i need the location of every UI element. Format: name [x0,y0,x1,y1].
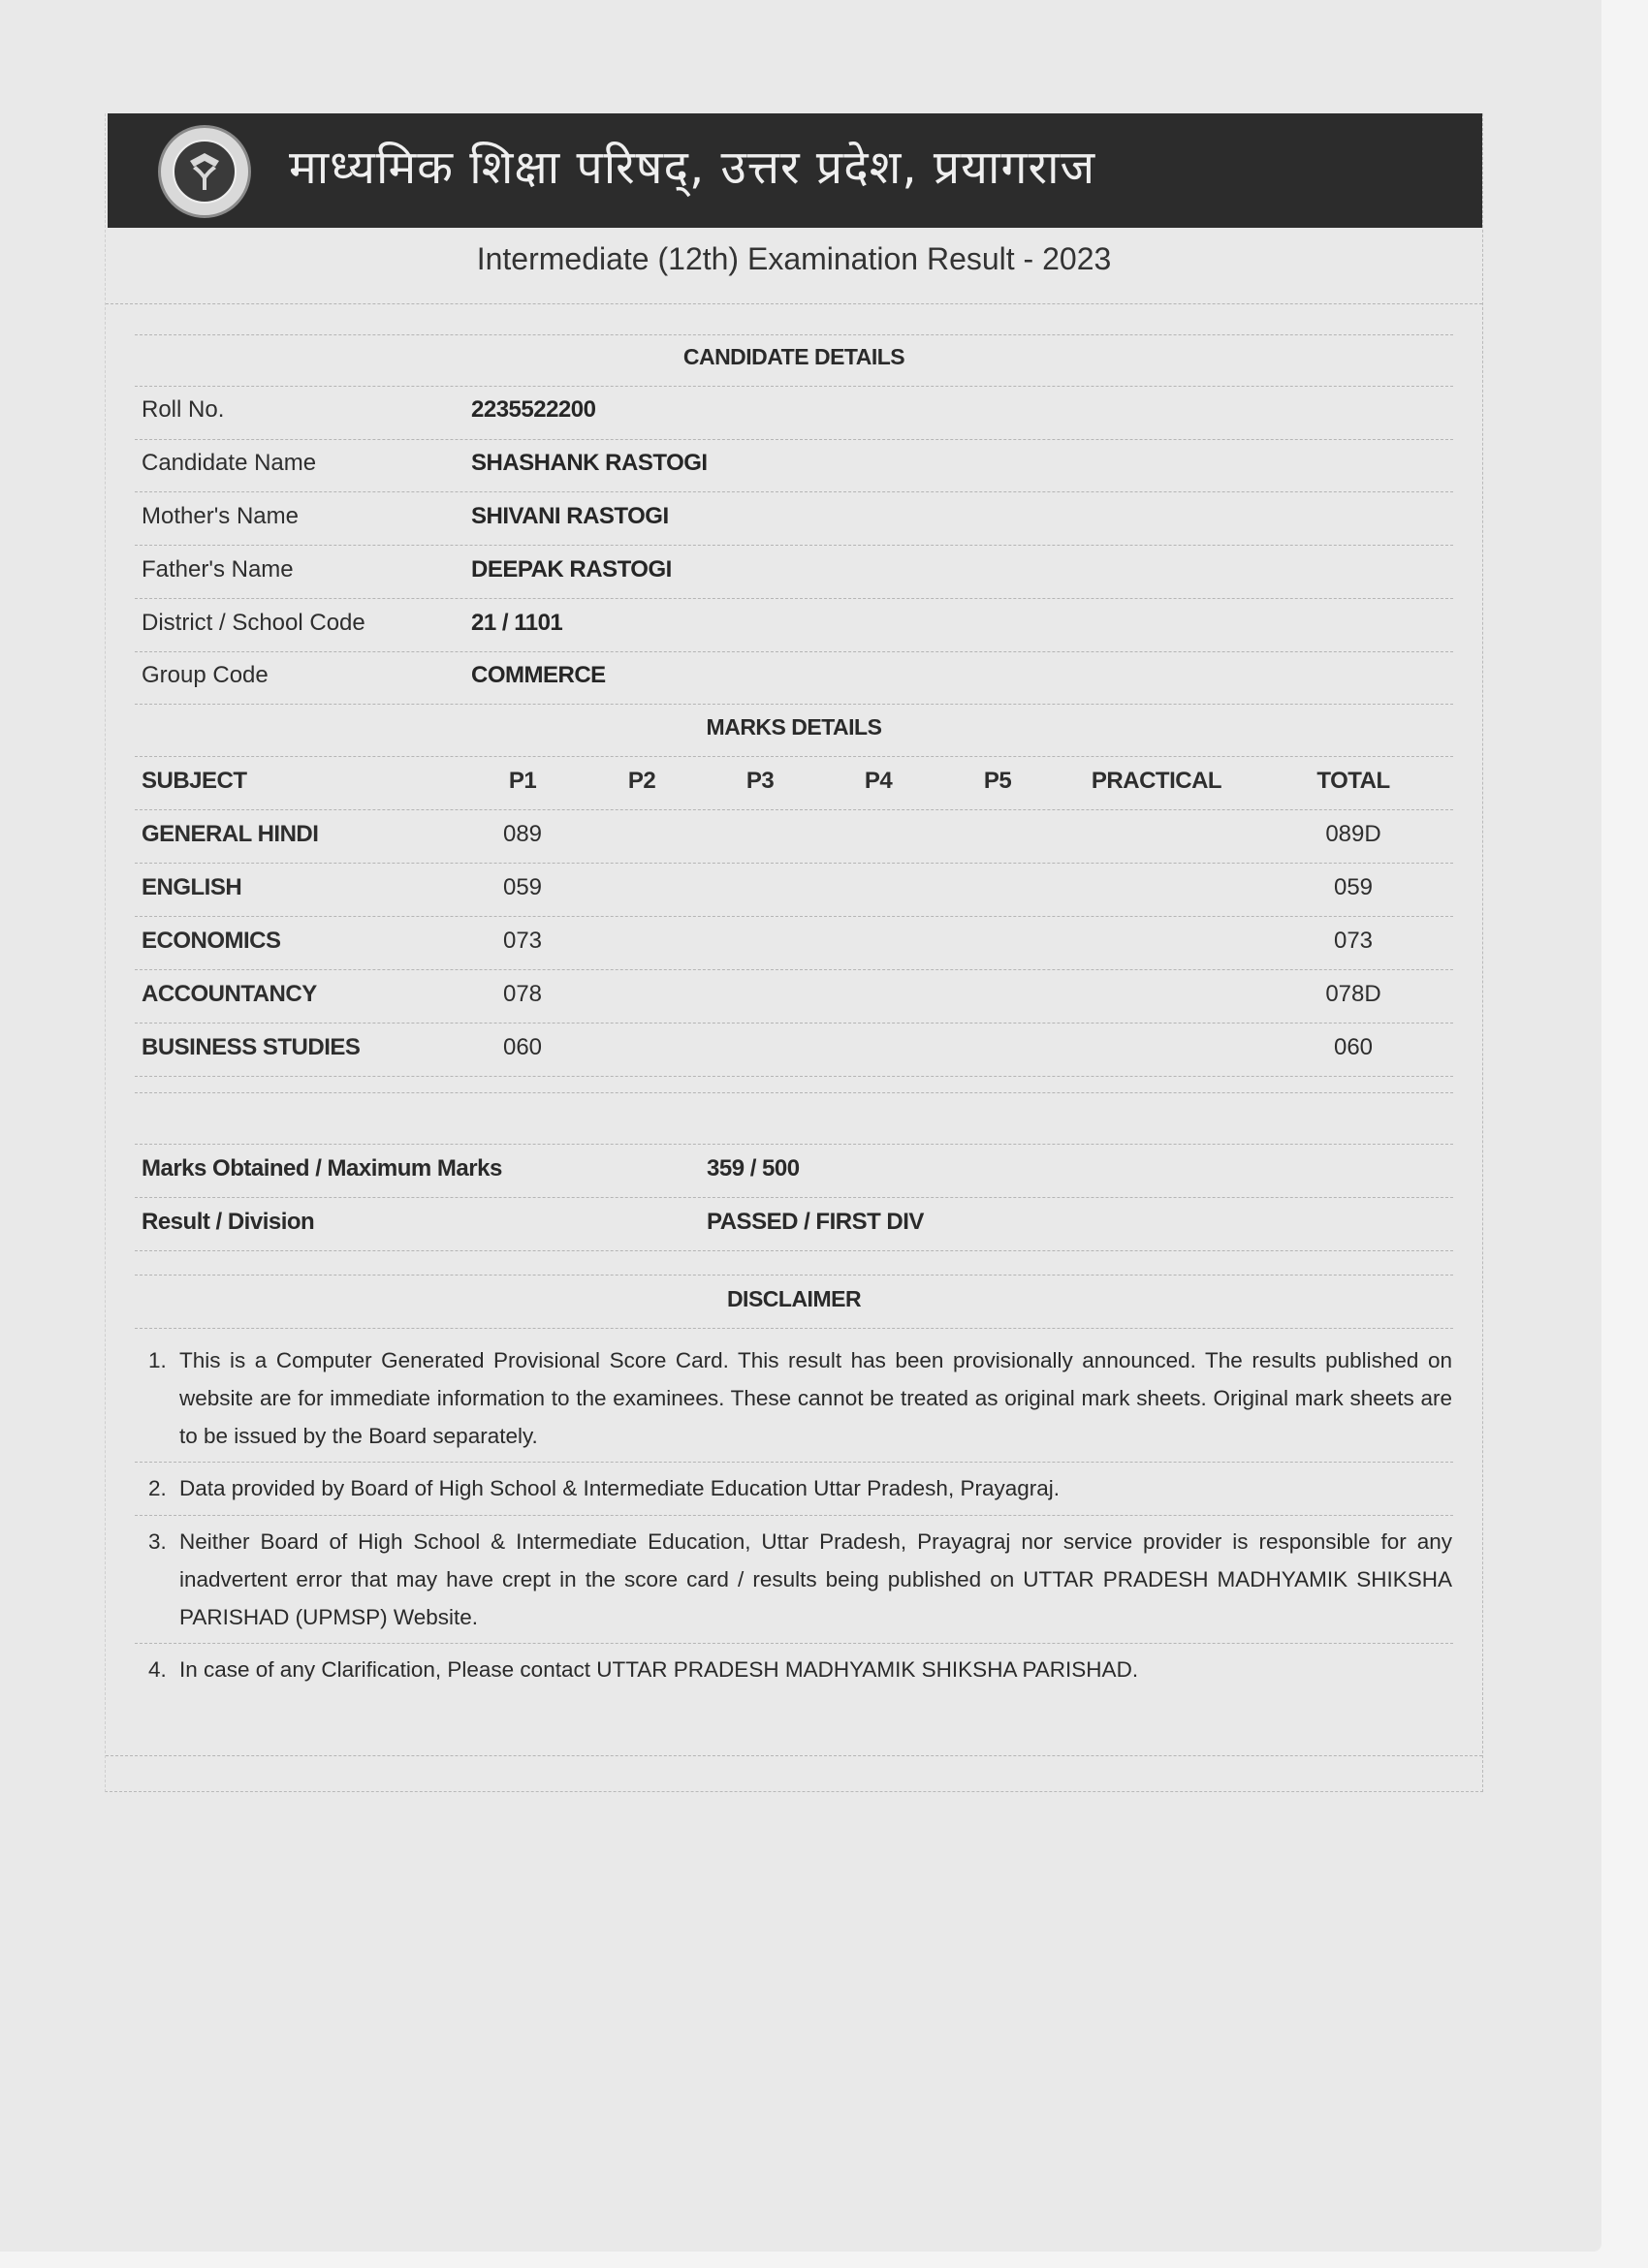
roll-no-value: 2235522200 [471,396,595,424]
mother-name-label: Mother's Name [142,503,299,530]
exam-title: Intermediate (12th) Examination Result -… [106,241,1482,277]
result-card: माध्यमिक शिक्षा परिषद्, उत्तर प्रदेश, प्… [105,113,1483,1792]
group-code-label: Group Code [142,662,269,689]
disclaimer-item: 3. Neither Board of High School & Interm… [148,1523,1452,1636]
divider [135,809,1453,810]
col-subject: SUBJECT [142,768,247,795]
subject-name: ENGLISH [142,874,241,901]
roll-no-label: Roll No. [142,396,224,424]
col-practical: PRACTICAL [1092,768,1221,795]
marks-obtained-label: Marks Obtained / Maximum Marks [142,1155,502,1182]
divider [135,1144,1453,1145]
result-division-label: Result / Division [142,1209,314,1236]
disclaimer-number: 2. [148,1469,167,1507]
group-code-value: COMMERCE [471,662,606,689]
subject-name: GENERAL HINDI [142,821,318,848]
candidate-name-value: SHASHANK RASTOGI [471,450,708,477]
col-p1: P1 [509,768,536,795]
divider [135,1076,1453,1077]
col-total: TOTAL [1316,768,1389,795]
col-p2: P2 [628,768,655,795]
district-school-code-label: District / School Code [142,610,365,637]
mark-total: 073 [1334,928,1373,955]
subject-name: ECONOMICS [142,928,281,955]
divider [135,598,1453,599]
mark-total: 059 [1334,874,1373,901]
scanned-paper: माध्यमिक शिक्षा परिषद्, उत्तर प्रदेश, प्… [0,0,1601,2252]
subject-name: BUSINESS STUDIES [142,1034,360,1061]
divider [135,916,1453,917]
divider [135,756,1453,757]
mother-name-value: SHIVANI RASTOGI [471,503,669,530]
marks-obtained-value: 359 / 500 [707,1155,800,1182]
board-title: माध्यमिक शिक्षा परिषद्, उत्तर प्रदेश, प्… [289,135,1095,198]
mark-p1: 060 [503,1034,542,1061]
divider [135,1023,1453,1024]
divider [135,1462,1453,1463]
divider [135,1328,1453,1329]
divider [135,1643,1453,1644]
subject-name: ACCOUNTANCY [142,981,317,1008]
divider [135,491,1453,492]
mark-p1: 078 [503,981,542,1008]
mark-total: 060 [1334,1034,1373,1061]
disclaimer-text: This is a Computer Generated Provisional… [179,1341,1452,1455]
col-p4: P4 [865,768,892,795]
mark-total: 078D [1325,981,1380,1008]
disclaimer-text: In case of any Clarification, Please con… [179,1651,1452,1688]
divider [135,704,1453,705]
disclaimer-number: 1. [148,1341,167,1379]
divider [106,303,1482,304]
district-school-code-value: 21 / 1101 [471,610,562,637]
divider [135,1092,1453,1093]
result-division-value: PASSED / FIRST DIV [707,1209,924,1236]
divider [135,1275,1453,1276]
divider [135,1197,1453,1198]
divider [135,1515,1453,1516]
col-p3: P3 [746,768,774,795]
father-name-label: Father's Name [142,556,294,583]
disclaimer-text: Neither Board of High School & Intermedi… [179,1523,1452,1636]
disclaimer-item: 1. This is a Computer Generated Provisio… [148,1341,1452,1455]
divider [135,439,1453,440]
divider [135,1250,1453,1251]
disclaimer-text: Data provided by Board of High School & … [179,1469,1452,1507]
mark-total: 089D [1325,821,1380,848]
divider [135,863,1453,864]
divider [106,1755,1482,1756]
header-banner: माध्यमिक शिक्षा परिषद्, उत्तर प्रदेश, प्… [108,113,1482,228]
disclaimer-item: 4. In case of any Clarification, Please … [148,1651,1452,1688]
disclaimer-heading: DISCLAIMER [135,1286,1453,1312]
col-p5: P5 [984,768,1011,795]
emblem-glyph-icon [176,143,233,200]
disclaimer-item: 2. Data provided by Board of High School… [148,1469,1452,1507]
marks-details-heading: MARKS DETAILS [135,714,1453,740]
candidate-name-label: Candidate Name [142,450,316,477]
mark-p1: 073 [503,928,542,955]
mark-p1: 089 [503,821,542,848]
divider [135,386,1453,387]
divider [135,969,1453,970]
disclaimer-number: 4. [148,1651,167,1688]
mark-p1: 059 [503,874,542,901]
disclaimer-number: 3. [148,1523,167,1560]
divider [135,651,1453,652]
candidate-details-heading: CANDIDATE DETAILS [135,344,1453,370]
upmsp-emblem-icon [158,125,251,218]
divider [135,334,1453,335]
divider [135,545,1453,546]
father-name-value: DEEPAK RASTOGI [471,556,672,583]
